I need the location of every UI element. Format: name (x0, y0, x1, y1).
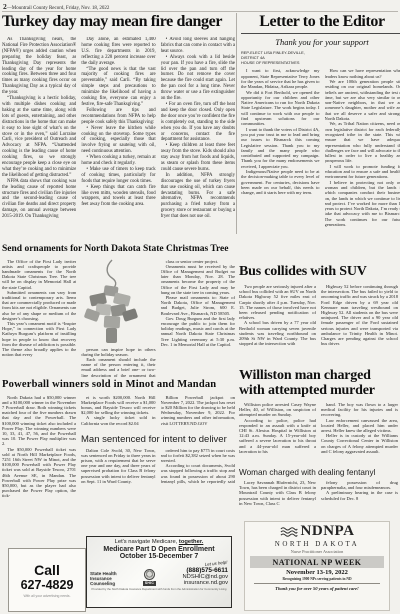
powerball-continuation: et is worth $200,000. North Hill Marketp… (81, 395, 235, 431)
ad-call-phone: 627-4829 (21, 579, 74, 592)
paragraph: We are 100th generation people still res… (325, 79, 400, 121)
masthead: 2—Mountrail County Record, Friday, Nov. … (3, 2, 109, 11)
article-body: North Dakota had a $50,000 winner and a … (2, 395, 235, 547)
paragraph: As Thanksgiving nears, the National Fire… (2, 37, 76, 96)
paragraph: Ornaments must be received by the Office… (161, 264, 235, 295)
text-column: Lacey Savannah Blufernicht, 23, New Town… (239, 480, 316, 516)
paragraph: We, as Tribal Nation citizens, need our … (325, 121, 400, 163)
paragraph: • For an oven fire, turn off the heat an… (161, 102, 235, 143)
paragraph: et is worth $200,000. North Hill Marketp… (81, 395, 156, 416)
paragraph: I will work to promote funding for educa… (325, 164, 400, 180)
paragraph: Day alone, an estimated 1,400 home cooki… (81, 37, 155, 67)
article-body: The Office of the First Lady invites art… (2, 259, 235, 377)
paragraph: Two people are seriously injured after a… (239, 284, 316, 320)
paragraph: A school bus driven by a 77 year old Ber… (239, 320, 316, 346)
paragraph: Williston police arrested Casey Wayne He… (239, 402, 316, 418)
paragraph: We did it Fort Berthold, we opened the o… (241, 90, 320, 127)
ad-medicare-lead-text: Let's navigate Medicare, (115, 539, 179, 545)
ad-medicare-dates: October 15-December 7 (90, 553, 228, 560)
text-column: felony possession of drug paraphernalia,… (321, 480, 398, 516)
article-headline: Powerball winners sold in Minot and Mand… (2, 379, 235, 391)
article-body: Williston police arrested Casey Wayne He… (239, 402, 398, 468)
paragraph: I want to first, acknowledge my opponent… (241, 68, 320, 89)
article-body: Lacey Savannah Blufernicht, 23, New Town… (239, 480, 398, 516)
article-body: Two people are seriously injured after a… (239, 284, 398, 366)
paragraph: • Always cook with a lid beside your pan… (161, 55, 235, 102)
paragraph: A single lucky ticket sold in California… (81, 415, 156, 425)
paragraph: hand. The boy was flown to a larger medi… (321, 402, 398, 418)
ndnpa-thanks: Thank you for over 50 years of patient c… (245, 586, 389, 591)
paragraph: Dalton Cole Svold, 30, New Town, was sen… (81, 448, 156, 484)
text-column: Two people are seriously injured after a… (239, 284, 316, 366)
article-headline: Send ornaments for North Dakota State Ch… (2, 244, 235, 255)
paragraph: Please mail ornaments to: State of North… (161, 295, 235, 316)
text-column: How can we have representation when lead… (325, 68, 400, 234)
newspaper-page: 2—Mountrail County Record, Friday, Nov. … (0, 0, 400, 614)
paragraph: How can we have representation when lead… (325, 68, 400, 79)
paragraph: felony possession of drug paraphernalia,… (321, 480, 398, 490)
ad-ndnpa-np-week: NDNPA NORTH DAKOTA Nurse Practitioner As… (244, 521, 390, 611)
text-column: Dalton Cole Svold, 30, New Town, was sen… (81, 448, 156, 484)
text-column: Billion Powerball jackpot on November 7,… (161, 395, 236, 431)
article-ornaments: Send ornaments for North Dakota State Ch… (2, 244, 235, 377)
text-column: North Dakota had a $50,000 winner and a … (2, 395, 76, 547)
paragraph: “Thanksgiving is a hectic holiday, with … (2, 96, 76, 179)
paragraph: “The good news is that the vast majority… (81, 67, 155, 108)
article-body: As Thanksgiving nears, the National Fire… (2, 37, 235, 236)
powerball-right-block: et is worth $200,000. North Hill Marketp… (81, 395, 235, 547)
paragraph: Each ornament should include the name of… (81, 357, 155, 377)
article-headline: Bus collides with SUV (239, 264, 398, 279)
ndnpa-logo-row: NDNPA (245, 524, 389, 539)
ndnpa-acronym: NDNPA (301, 524, 355, 539)
paragraph: Heller is in custody at the Williams Cou… (321, 433, 398, 454)
ad-medicare-lead: Let's navigate Medicare, together. (90, 539, 228, 545)
paragraph: • Make use of timers to keep track of co… (81, 167, 155, 185)
ad-medicare-website: insurance.nd.gov (182, 580, 228, 586)
masthead-rule (2, 11, 398, 12)
text-column: As Thanksgiving nears, the National Fire… (2, 37, 76, 236)
ndnpa-event-title: NATIONAL NP WEEK (250, 558, 384, 567)
paragraph: Law enforcement canvassed the area, loca… (321, 418, 398, 434)
article-turkey-fire-danger: Turkey day may mean fire danger As Thank… (2, 13, 235, 236)
paragraph: Billion Powerball jackpot on November 7,… (161, 395, 236, 426)
letter-body: I want to first, acknowledge my opponent… (241, 68, 400, 234)
text-column: I want to first, acknowledge my opponent… (241, 68, 320, 234)
paragraph: North Dakota had a $50,000 winner and a … (2, 395, 76, 447)
ndnpa-recognition: Recognizing 1900 NPs serving patients in… (245, 577, 389, 581)
text-column: • Avoid long sleeves and hanging fabrics… (161, 37, 235, 236)
paragraph: • Never leave the kitchen while cooking … (81, 126, 155, 156)
shic-logo-text: SHIC (143, 581, 156, 586)
article-williston-attempted-murder: Williston man charged with attempted mur… (239, 368, 398, 468)
shic-org-name: State Health Insurance Counseling (90, 571, 117, 586)
text-column: Day alone, an estimated 1,400 home cooki… (81, 37, 155, 236)
article-bus-collision: Bus collides with SUV Two people are ser… (239, 264, 398, 366)
paragraph: person can inspire hope in others during… (81, 347, 155, 357)
paragraph: ordered him to pay $775 in court costs a… (161, 448, 236, 464)
text-column: Highway 52 before continuing through the… (321, 284, 398, 366)
shic-logo: SHIC (143, 569, 156, 586)
letter-byline: REP-ELECT LISA FINLEY-DEVILLE, DISTRICT … (241, 51, 400, 65)
paragraph: I believe in protecting not only our wom… (325, 180, 400, 228)
letter-subhead: Thank you for your support (241, 33, 400, 47)
ad-medicare-lead-emphasis: together. (179, 539, 203, 545)
ndnpa-event-band: NATIONAL NP WEEK (250, 556, 384, 568)
text-column: Williston police arrested Casey Wayne He… (239, 402, 316, 468)
ndnpa-event-dates: November 13-19, 2022 (245, 569, 389, 576)
text-column: hand. The boy was flown to a larger medi… (321, 402, 398, 468)
paragraph: • Avoid long sleeves and hanging fabrics… (161, 37, 235, 55)
paragraph: I want to thank the voters of District 4… (241, 127, 320, 169)
article-headline-man-sentenced: Man sentenced for intent to deliver (81, 434, 235, 445)
ad-medicare-footnote: Provided by the North Dakota Insurance D… (90, 587, 228, 591)
ad-call-tagline: With all your advertising needs. (23, 594, 70, 598)
shic-org-line: Counseling (90, 581, 117, 586)
paragraph: Highway 52 before continuing through the… (321, 284, 398, 346)
man-sentenced-body: Dalton Cole Svold, 30, New Town, was sen… (81, 448, 235, 484)
ad-call-title: Call (34, 563, 60, 577)
wave-icon (280, 526, 298, 538)
article-headline: Woman charged with dealing fentanyl (239, 468, 398, 477)
paragraph: The $50,000 Powerball ticket was sold at… (2, 447, 76, 499)
paragraph: Indigenous/Native people need to be at t… (241, 169, 320, 195)
ad-medicare-email: NDSHIC@nd.gov (182, 574, 228, 580)
letter-to-editor: Letter to the Editor Thank you for your … (236, 13, 400, 234)
paragraph: NFPA data shows that cooking was the lea… (2, 179, 76, 220)
paragraph: In addition, NFPA strongly discourages t… (161, 173, 235, 220)
text-column: ordered him to pay $775 in court costs a… (161, 448, 236, 484)
ndnpa-org-name: NORTH DAKOTA (245, 540, 389, 548)
article-woman-fentanyl: Woman charged with dealing fentanyl Lace… (239, 468, 398, 516)
paragraph: Following are tips and recommendations f… (81, 108, 155, 126)
paragraph: • When cooking a turkey, remain at home … (81, 155, 155, 167)
ad-medicare-title: Medicare Part D Open Enrollment (90, 546, 228, 553)
ad-medicare-middle: State Health Insurance Counseling SHIC L… (90, 562, 228, 586)
paragraph: Lacey Savannah Blufernicht, 23, New Town… (239, 480, 316, 506)
ad-call-advertising: Call 627-4829 With all your advertising … (8, 548, 86, 612)
ndnpa-org-subtitle: Nurse Practitioner Association (245, 549, 389, 554)
paragraph: According to court documents, Svold was … (161, 463, 236, 483)
paragraph: Gov. Doug Burgum and the first lady enco… (161, 316, 235, 347)
section-headline: Letter to the Editor (241, 13, 400, 30)
paragraph: • Keep children at least three feet away… (161, 143, 235, 173)
article-headline: Williston man charged with attempted mur… (239, 368, 398, 398)
ndnpa-divider (254, 583, 380, 584)
paragraph: According to police, police had responde… (239, 418, 316, 454)
article-headline: Turkey day may mean fire danger (2, 13, 235, 30)
shic-org-line: State Health (90, 571, 117, 576)
ornament-photo (66, 259, 156, 347)
paragraph: A preliminary hearing in the case is sch… (321, 490, 398, 500)
paragraph: • Keep things that can catch fire like o… (81, 185, 155, 209)
ad-medicare-shic: Let's navigate Medicare, together. Medic… (86, 536, 232, 608)
ad-medicare-contact: Let us help! (888)575-6611 NDSHIC@nd.gov… (182, 562, 228, 586)
byline-line: HOUSE OF REPRESENTATIVES (241, 61, 400, 66)
article-powerball: Powerball winners sold in Minot and Mand… (2, 379, 235, 547)
text-column: et is worth $200,000. North Hill Marketp… (81, 395, 156, 431)
text-column: class or senior center project.Ornaments… (161, 259, 235, 377)
shic-logo-icon (144, 569, 155, 580)
